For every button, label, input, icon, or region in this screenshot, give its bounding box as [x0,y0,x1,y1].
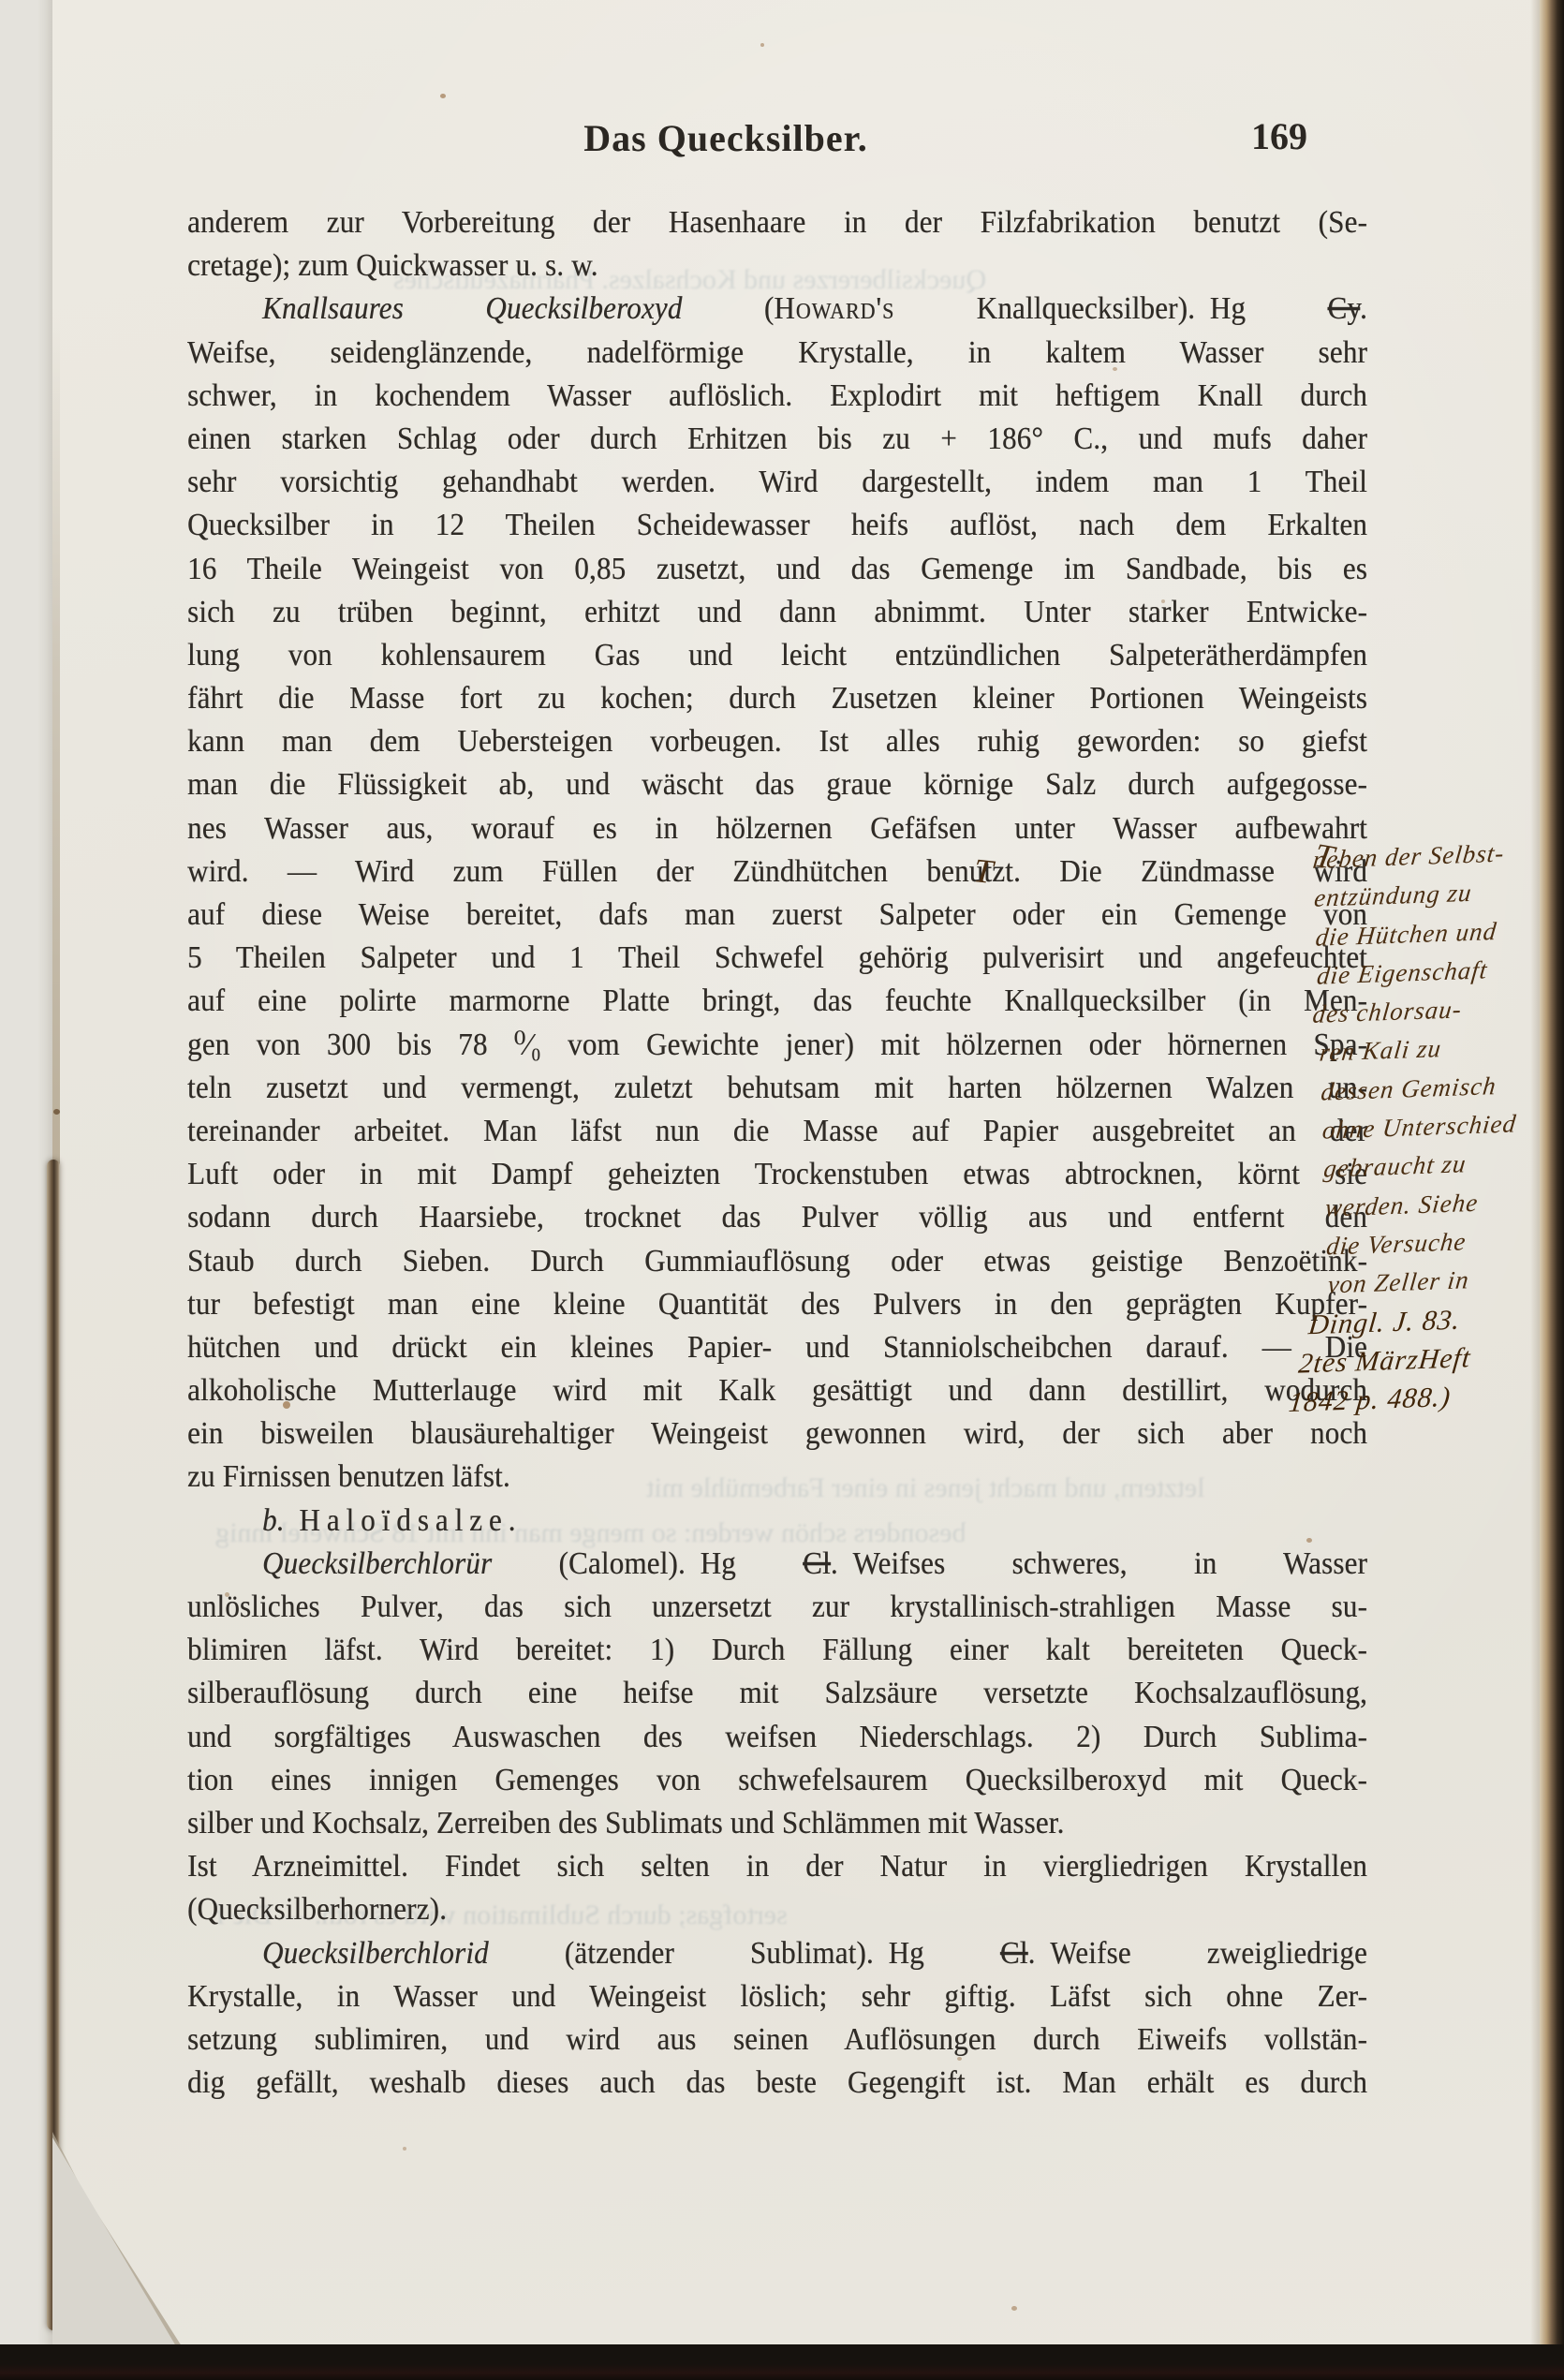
text-line: cretage); zum Quickwasser u. s. w. [187,242,1367,289]
text-line: Ist Arzneimittel. Findet sich selten in … [187,1842,1367,1890]
foxing-spot [403,2147,406,2151]
text-line: setzung sublimiren, und wird aus seinen … [187,2016,1367,2063]
chemical-formula: Cl [1000,1934,1028,1971]
text-segment: . Weifse zweigliedrige [1028,1934,1367,1971]
book-fore-edge [1540,0,1564,2380]
text-line: und sorgfältiges Auswaschen des weifsen … [187,1712,1367,1760]
foxing-spot [1011,2306,1017,2311]
text-line: unlösliches Pulver, das sich unzersetzt … [187,1583,1367,1631]
text-line: ein bisweilen blausäurehaltiger Weingeis… [187,1410,1367,1457]
handwritten-insertion-mark: T [972,853,995,889]
term-italic: b. [262,1501,285,1538]
text-line: Luft oder in mit Dampf geheizten Trocken… [187,1150,1367,1198]
foxing-spot [440,94,446,98]
text-line: dig gefällt, weshalb dieses auch das bes… [187,2059,1367,2107]
foxing-spot [225,1592,229,1597]
text-segment: Haloïdsalze. [299,1501,522,1538]
text-segment [285,1501,300,1538]
running-head-title: Das Quecksilber. [187,116,1264,160]
text-line: sehr vorsichtig gehandhabt werden. Wird … [187,458,1367,506]
text-segment: ( [682,290,774,327]
foxing-spot [1113,367,1117,371]
text-line: lung von kohlensaurem Gas und leicht ent… [187,631,1367,679]
text-line: Knallsaures Quecksilberoxyd (Howard's Kn… [187,285,1367,333]
foxing-spot [53,1109,60,1115]
foxing-spot [1161,599,1165,603]
term-italic: Quecksilberchlorür [262,1545,492,1581]
text-line: Weifse, seidenglänzende, nadelförmige Kr… [187,328,1367,376]
text-segment: . Weifses schweres, in Wasser [831,1545,1367,1581]
text-line: b. Haloïdsalze. [187,1496,1367,1544]
text-line: hütchen und drückt ein kleines Papier- u… [187,1323,1367,1371]
text-line: gen von 300 bis 78 ⁰⁄₀ vom Gewichte jene… [187,1020,1367,1068]
text-line: blimiren läfst. Wird bereitet: 1) Durch … [187,1626,1367,1674]
text-line: tur befestigt man eine kleine Quantität … [187,1279,1367,1327]
term-italic: Knallsaures Quecksilberoxyd [262,290,682,327]
text-line: zu Firnissen benutzen läfst. [187,1453,1367,1500]
text-line: einen starken Schlag oder durch Erhitzen… [187,415,1367,463]
chemical-formula: Cl [803,1545,831,1581]
foxing-spot [283,1401,290,1409]
text-line: tion eines innigen Gemenges von schwefel… [187,1755,1367,1803]
foxing-spot [760,43,764,47]
binding-seam [52,318,60,1180]
text-line: kann man dem Uebersteigen vorbeugen. Ist… [187,717,1367,765]
term-italic: Quecksilberchlorid [262,1934,489,1971]
text-line: 16 Theile Weingeist von 0,85 zusetzt, un… [187,544,1367,592]
text-line: teln zusetzt und vermengt, zuletzt behut… [187,1063,1367,1111]
text-segment: . [1360,290,1367,327]
text-line: Krystalle, in Wasser und Weingeist lösli… [187,1972,1367,2019]
handwritten-marginalia: neben der Selbst-entzündung zudie Hütche… [1312,833,1564,1421]
foxing-spot [1306,1538,1312,1543]
name-smallcaps: Howard's [774,290,894,327]
text-line: anderem zur Vorbereitung der Hasenhaare … [187,199,1367,246]
chemical-formula: Cy [1327,290,1360,327]
text-line: man die Flüssigkeit ab, und wäscht das g… [187,761,1367,808]
text-segment: (ätzender Sublimat). Hg [489,1934,1000,1971]
book-gutter [0,0,52,2380]
text-line: Quecksilberchlorür (Calomel). Hg Cl. Wei… [187,1540,1367,1588]
body-text: anderem zur Vorbereitung der Hasenhaare … [187,200,1367,2104]
text-line: sodann durch Haarsiebe, trocknet das Pul… [187,1193,1367,1241]
text-line: wird. — Wird zum Füllen der Zündhütchen … [187,848,1367,895]
text-line: silber und Kochsalz, Zerreiben des Subli… [187,1799,1367,1847]
text-line: schwer, in kochendem Wasser auflöslich. … [187,371,1367,419]
text-line: Quecksilberchlorid (ätzender Sublimat). … [187,1929,1367,1976]
foxing-spot [957,2057,962,2061]
text-line: silberauflösung durch eine heifse mit Sa… [187,1669,1367,1717]
text-line: nes Wasser aus, worauf es in hölzernen G… [187,804,1367,851]
text-line: (Quecksilberhornerz). [187,1885,1367,1933]
text-line: auf diese Weise bereitet, dafs man zuers… [187,891,1367,939]
text-line: alkoholische Mutterlauge wird mit Kalk g… [187,1367,1367,1414]
text-line: sich zu trüben beginnt, erhitzt und dann… [187,587,1367,635]
text-line: fährt die Masse fort zu kochen; durch Zu… [187,674,1367,722]
text-line: 5 Theilen Salpeter und 1 Theil Schwefel … [187,934,1367,982]
book-page-scan: Quecksilbererzes und Kochsalzes. Pharmaz… [0,0,1564,2380]
scanner-background [0,2344,1564,2380]
text-line: auf eine polirte marmorne Platte bringt,… [187,977,1367,1025]
page-number: 169 [1251,114,1307,158]
text-line: tereinander arbeitet. Man läfst nun die … [187,1107,1367,1155]
text-segment: (Calomel). Hg [492,1545,803,1581]
text-line: Staub durch Sieben. Durch Gummiauflösung… [187,1236,1367,1284]
text-line: Quecksilber in 12 Theilen Scheidewasser … [187,501,1367,549]
foxing-spot [848,390,851,392]
text-segment: Knallquecksilber). Hg [894,290,1327,327]
